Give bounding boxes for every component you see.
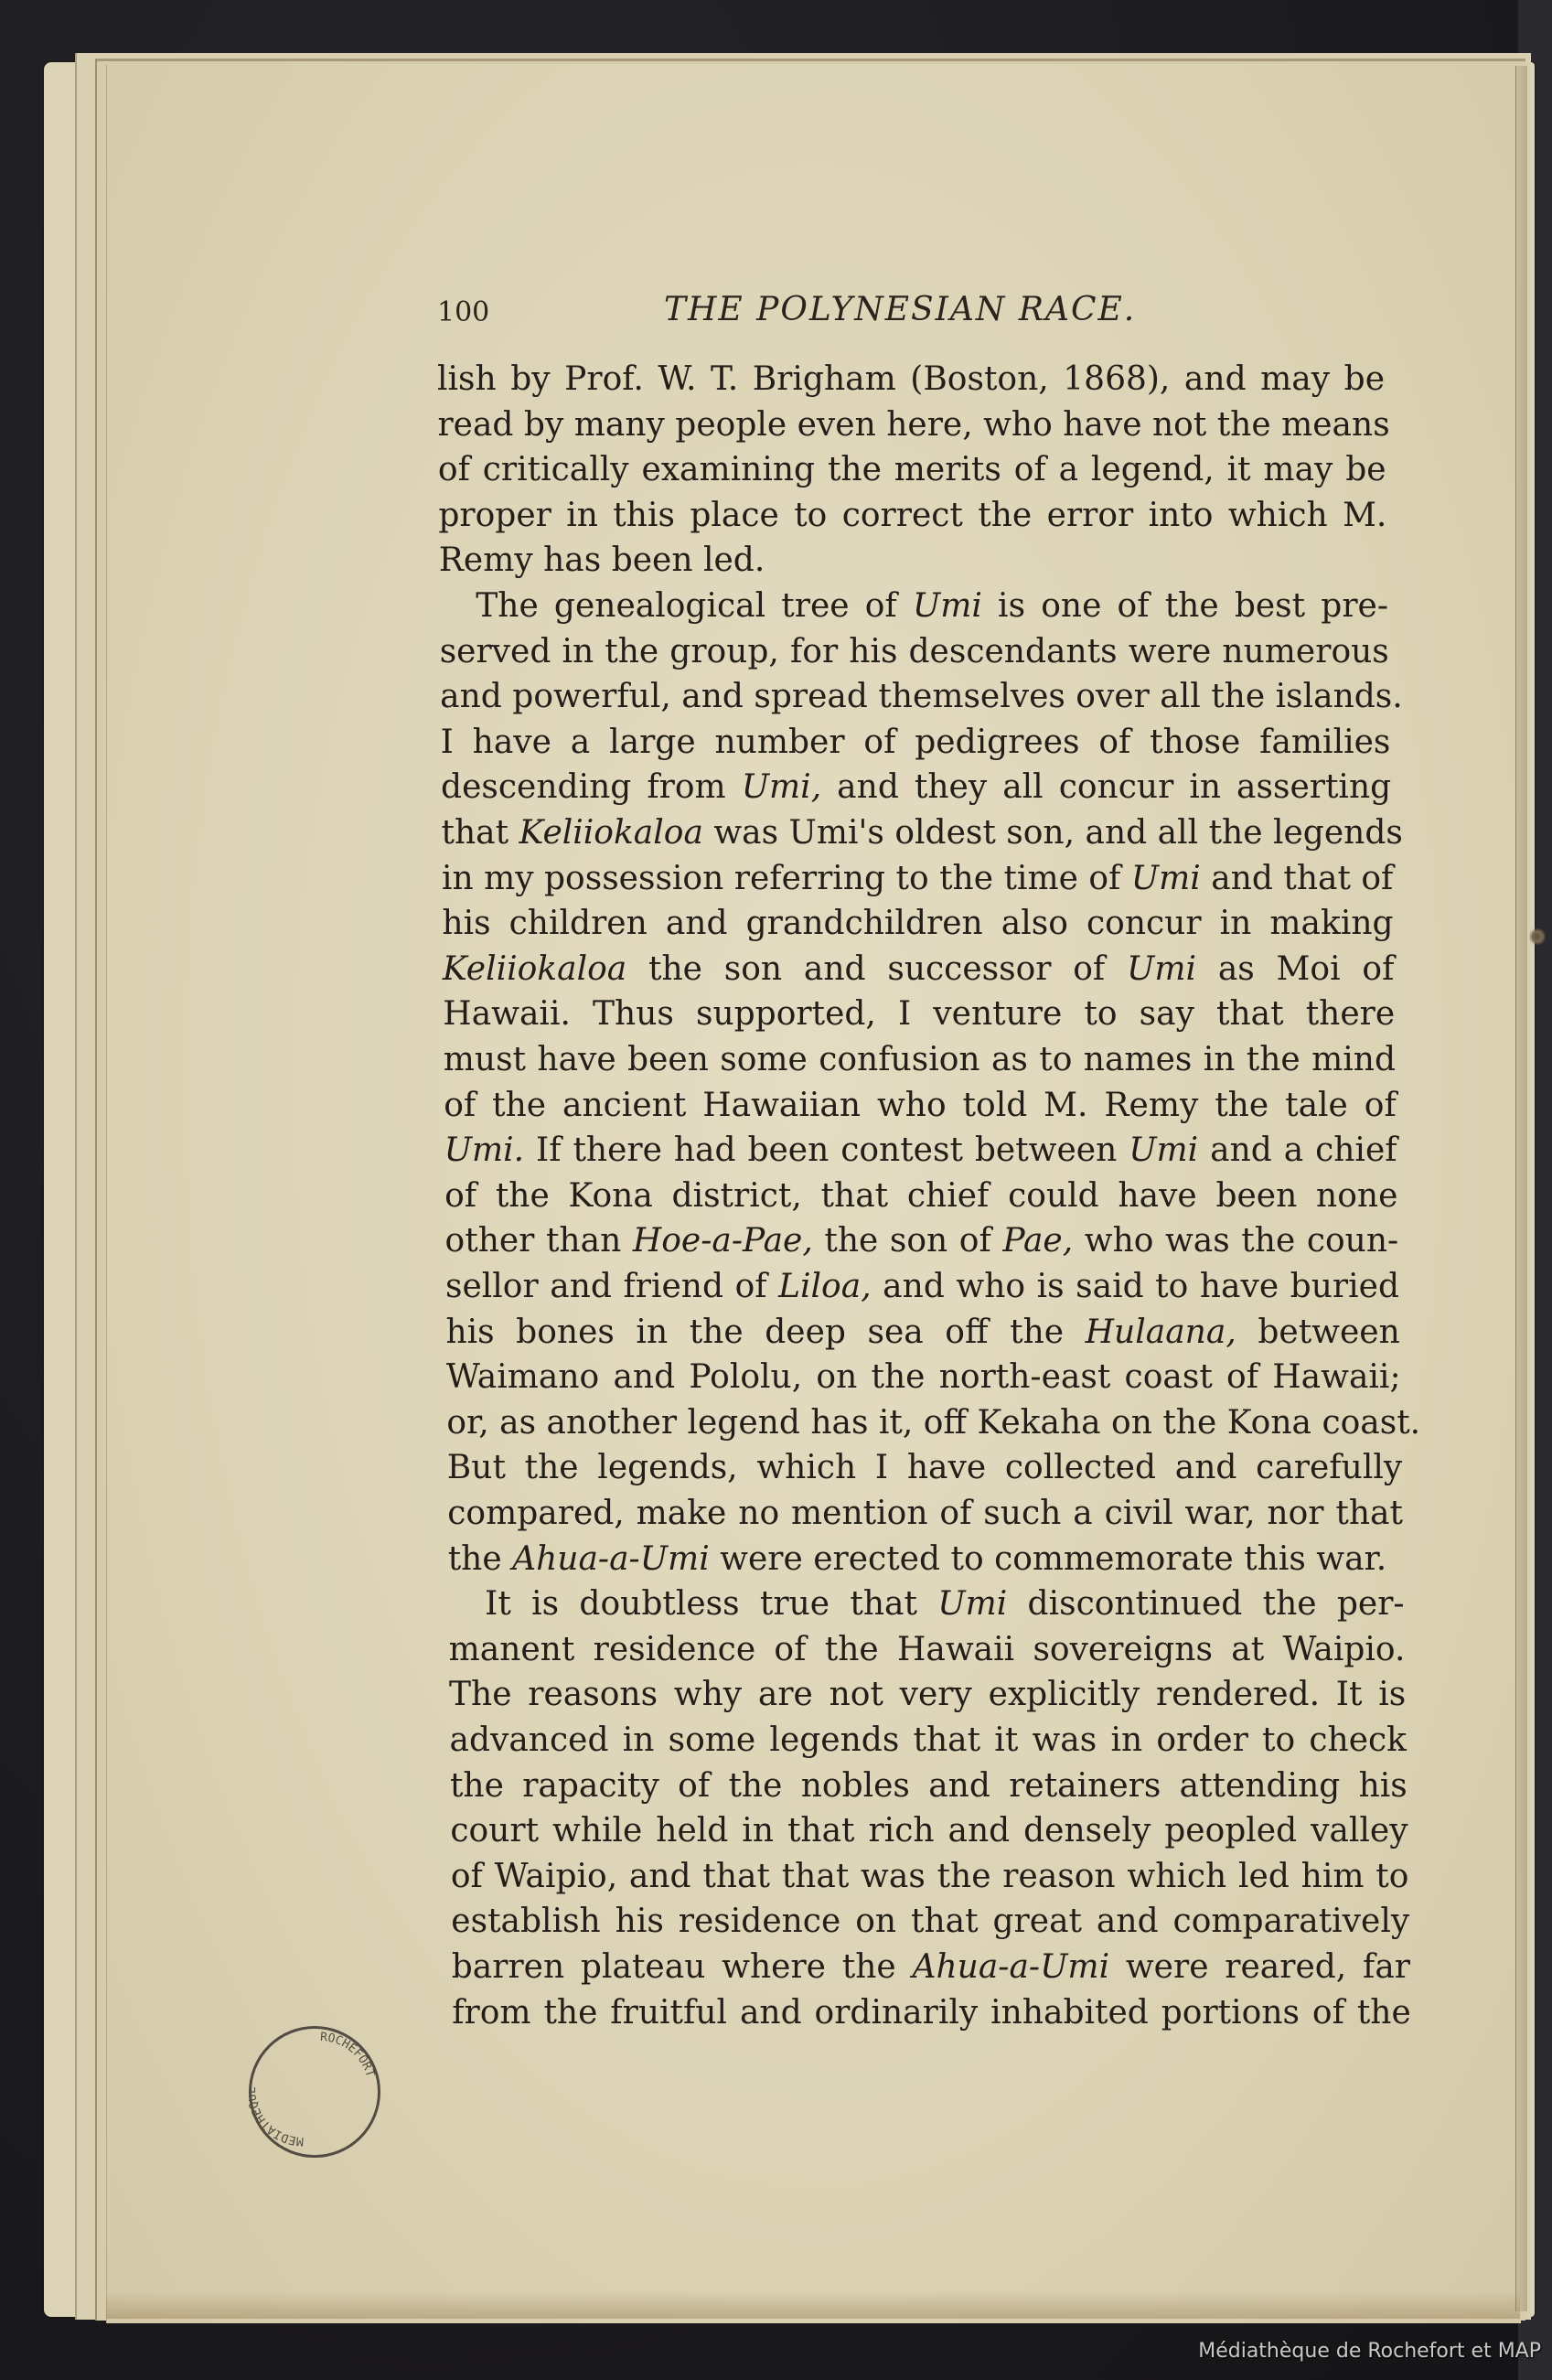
text-run: of critically examining the merits of a … — [438, 451, 1386, 488]
text-line: manent residence of the Hawaii sovereign… — [449, 1627, 1406, 1673]
text-line: must have been some confusion as to name… — [444, 1037, 1396, 1083]
italic-term: Keliiokaloa — [519, 814, 703, 852]
text-run: sellor and friend of — [445, 1268, 778, 1305]
text-run: that — [442, 814, 519, 852]
italic-term: Ahua-a-Umi — [512, 1540, 710, 1578]
text-run: The genealogical tree of — [476, 587, 913, 625]
text-run: from the fruitful and ordinarily inhabit… — [452, 1994, 1411, 2032]
text-run: the rapacity of the nobles and retainers… — [450, 1767, 1408, 1805]
text-line: Remy has been led. — [439, 538, 1387, 584]
text-run: the son and successor of — [626, 950, 1127, 988]
text-run: read by many people even here, who have … — [437, 406, 1389, 444]
italic-term: Liloa, — [778, 1268, 872, 1305]
italic-term: Umi — [1131, 860, 1201, 897]
text-line: court while held in that rich and densel… — [450, 1808, 1408, 1854]
text-line: or, as another legend has it, off Kekaha… — [446, 1400, 1401, 1446]
stamp-circle-icon: MEDIATHEQUE ROCHEFORT — [249, 2026, 375, 2152]
text-line: But the legends, which I have collected … — [447, 1445, 1402, 1491]
text-line: The reasons why are not very explicitly … — [449, 1672, 1406, 1718]
text-line: the Ahua-a-Umi were erected to commemora… — [448, 1537, 1404, 1582]
text-line: I have a large number of pedigrees of th… — [441, 720, 1391, 766]
text-line: the rapacity of the nobles and retainers… — [450, 1764, 1408, 1809]
italic-term: Keliiokaloa — [443, 950, 626, 988]
italic-term: Umi — [1127, 950, 1196, 988]
text-line: Keliiokaloa the son and successor of Umi… — [443, 947, 1395, 992]
text-line: proper in this place to correct the erro… — [438, 493, 1386, 539]
text-run: and powerful, and spread themselves over… — [440, 678, 1403, 715]
italic-term: Pae, — [1002, 1222, 1073, 1260]
text-run: I have a large number of pedigrees of th… — [441, 724, 1391, 761]
margin-ink-spot — [1529, 928, 1546, 945]
text-run: lish by Prof. W. T. Brigham (Boston, 186… — [437, 360, 1385, 398]
text-run: compared, make no mention of such a civi… — [447, 1495, 1403, 1532]
text-line: his bones in the deep sea off the Hulaan… — [445, 1310, 1399, 1356]
text-line: of Waipio, and that that was the reason … — [451, 1854, 1409, 1900]
text-run: is one of the best pre- — [982, 587, 1388, 625]
text-run: Waimano and Pololu, on the north-east co… — [446, 1358, 1401, 1396]
text-line: establish his residence on that great an… — [451, 1899, 1409, 1945]
italic-term: Hulaana, — [1086, 1313, 1236, 1351]
svg-text:ROCHEFORT: ROCHEFORT — [320, 2031, 375, 2079]
running-head: 100 THE POLYNESIAN RACE. — [437, 291, 1397, 337]
italic-term: Hoe-a-Pae, — [633, 1222, 813, 1260]
text-line: in my possession referring to the time o… — [442, 856, 1393, 902]
text-line: Umi. If there had been contest between U… — [444, 1128, 1397, 1174]
text-line: his children and grandchildren also conc… — [442, 901, 1393, 947]
text-run: But the legends, which I have collected … — [447, 1449, 1402, 1486]
svg-text:MEDIATHEQUE: MEDIATHEQUE — [249, 2086, 304, 2148]
text-run: the — [448, 1540, 512, 1578]
italic-term: Umi — [937, 1585, 1007, 1623]
text-line: advanced in some legends that it was in … — [450, 1718, 1408, 1764]
text-run: his children and grandchildren also conc… — [442, 905, 1393, 942]
text-line: Waimano and Pololu, on the north-east co… — [446, 1355, 1401, 1400]
text-run: other than — [445, 1222, 633, 1260]
text-run: The reasons why are not very explicitly … — [449, 1676, 1406, 1713]
text-run: It is doubtless true that — [485, 1585, 937, 1623]
source-watermark: Médiathèque de Rochefort et MAP — [1198, 2340, 1541, 2363]
text-run: and that of — [1201, 860, 1394, 897]
text-run: and they all concur in asserting — [821, 768, 1391, 806]
text-run: served in the group, for his descendants… — [440, 633, 1389, 670]
text-run: Hawaii. Thus supported, I venture to say… — [443, 995, 1395, 1033]
page-bottom-stain — [106, 2291, 1520, 2319]
text-line: The genealogical tree of Umi is one of t… — [476, 584, 1388, 629]
text-line: barren plateau where the Ahua-a-Umi were… — [452, 1945, 1410, 1990]
text-line: lish by Prof. W. T. Brigham (Boston, 186… — [437, 357, 1385, 402]
text-line: of the Kona district, that chief could h… — [444, 1174, 1397, 1219]
text-run: of the Kona district, that chief could h… — [444, 1177, 1397, 1215]
italic-term: Ahua-a-Umi — [912, 1948, 1109, 1986]
text-run: manent residence of the Hawaii sovereign… — [449, 1631, 1406, 1668]
text-line: compared, make no mention of such a civi… — [447, 1491, 1403, 1537]
italic-term: Umi — [1129, 1131, 1198, 1169]
text-line: served in the group, for his descendants… — [440, 629, 1389, 675]
text-line: and powerful, and spread themselves over… — [440, 674, 1389, 720]
page-fore-edge — [1515, 66, 1527, 2311]
text-run: court while held in that rich and densel… — [450, 1812, 1408, 1849]
text-line: of critically examining the merits of a … — [438, 447, 1386, 493]
italic-term: Umi — [913, 587, 982, 625]
running-title: THE POLYNESIAN RACE. — [664, 291, 1136, 328]
text-line: that Keliiokaloa was Umi's oldest son, a… — [442, 810, 1393, 856]
text-run: and a chief — [1198, 1131, 1397, 1169]
text-run: If there had been contest between — [524, 1131, 1129, 1169]
text-line: It is doubtless true that Umi discontinu… — [485, 1581, 1404, 1627]
text-run: must have been some confusion as to name… — [444, 1041, 1396, 1078]
text-run: or, as another legend has it, off Kekaha… — [446, 1404, 1420, 1442]
text-run: barren plateau where the — [452, 1948, 913, 1986]
text-run: was Umi's oldest son, and all the legend… — [703, 814, 1403, 852]
text-run: and who is said to have buried — [872, 1268, 1399, 1305]
italic-term: Umi, — [742, 768, 821, 806]
text-run: proper in this place to correct the erro… — [438, 497, 1386, 534]
text-line: of the ancient Hawaiian who told M. Remy… — [444, 1083, 1397, 1129]
text-run: the son of — [813, 1222, 1003, 1260]
text-run: as Moi of — [1196, 950, 1394, 988]
text-run: descending from — [441, 768, 742, 806]
text-run: who was the coun- — [1073, 1222, 1398, 1260]
text-run: of Waipio, and that that was the reason … — [451, 1858, 1409, 1895]
page-number: 100 — [437, 296, 489, 328]
text-run: in my possession referring to the time o… — [442, 860, 1131, 897]
text-run: between — [1236, 1313, 1400, 1351]
text-run: Remy has been led. — [439, 541, 765, 579]
text-line: from the fruitful and ordinarily inhabit… — [452, 1990, 1411, 2036]
text-line: read by many people even here, who have … — [437, 402, 1385, 448]
text-line: sellor and friend of Liloa, and who is s… — [445, 1264, 1399, 1310]
text-line: other than Hoe-a-Pae, the son of Pae, wh… — [445, 1218, 1399, 1264]
text-run: establish his residence on that great an… — [451, 1903, 1409, 1940]
text-line: descending from Umi, and they all concur… — [441, 765, 1391, 810]
italic-term: Umi. — [444, 1131, 524, 1169]
text-run: of the ancient Hawaiian who told M. Remy… — [444, 1087, 1397, 1124]
text-run: were erected to commemorate this war. — [710, 1540, 1387, 1578]
library-stamp: MEDIATHEQUE ROCHEFORT — [249, 2026, 380, 2158]
text-run: were reared, far — [1109, 1948, 1410, 1986]
text-run: his bones in the deep sea off the — [445, 1313, 1085, 1351]
text-run: advanced in some legends that it was in … — [450, 1721, 1408, 1759]
text-line: Hawaii. Thus supported, I venture to say… — [443, 992, 1395, 1037]
text-run: discontinued the per- — [1007, 1585, 1404, 1623]
